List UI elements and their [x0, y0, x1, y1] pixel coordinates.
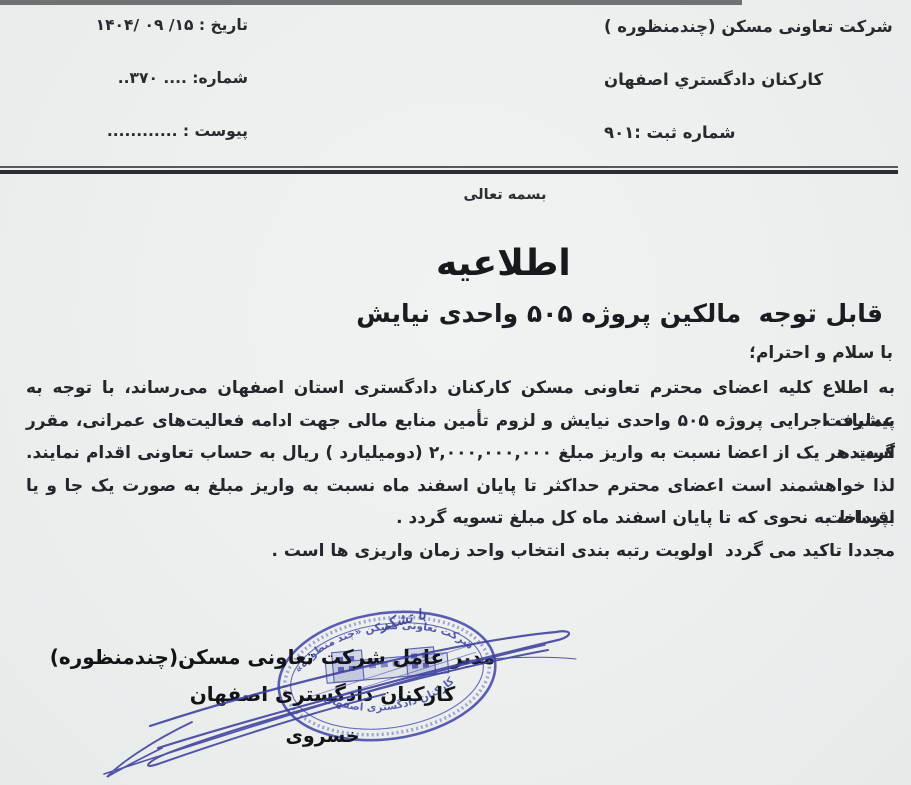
notice-subtitle: قابل توجه مالکین پروژه ۵۰۵ واحدی نیایش [356, 299, 883, 328]
header-divider-rule [0, 166, 898, 176]
company-subname: کارکنان دادگستري اصفهان [604, 63, 904, 116]
salutation-text: با سلام و احترام؛ [749, 343, 893, 363]
letter-number: شماره: .... ۳۷۰.. [58, 61, 248, 114]
letterhead-company-block: شرکت تعاونی مسکن (چندمنظوره ) کارکنان دا… [604, 10, 904, 169]
company-registration-number: شماره ثبت :۹۰۱ [604, 116, 904, 169]
handwritten-thanks-note: با تشکر [377, 607, 429, 634]
body-line: عملیات اجرایی پروژه ۵۰۵ واحدی نیایش و لز… [26, 405, 895, 438]
body-line: به اطلاع کلیه اعضای محترم تعاونی مسکن کا… [26, 372, 895, 405]
notice-body: به اطلاع کلیه اعضای محترم تعاونی مسکن کا… [26, 372, 895, 568]
letter-attachment: پیوست : ............ [58, 114, 248, 167]
scan-edge-artifact [0, 0, 742, 5]
signatory-role-line1: مدیر عامل شرکت تعاونی مسکن(چندمنظوره) [150, 645, 495, 669]
signatory-role-line2: کارکنان دادگستری اصفهان [150, 682, 495, 706]
letterhead-meta-block: تاریخ : ۱۵/ ۰۹ /۱۴۰۴ شماره: .... ۳۷۰.. پ… [58, 8, 248, 167]
notice-title: اطلاعیه [436, 243, 571, 284]
company-name: شرکت تعاونی مسکن (چندمنظوره ) [604, 10, 904, 63]
body-line: است هر یک از اعضا نسبت به واریز مبلغ ۲,۰… [26, 437, 895, 470]
body-line: اقساط به نحوی که تا پایان اسفند ماه کل م… [26, 502, 895, 535]
body-line-emphasis: مجددا تاکید می گردد اولویت رتبه بندی انت… [26, 535, 895, 568]
letter-date: تاریخ : ۱۵/ ۰۹ /۱۴۰۴ [58, 8, 248, 61]
scanned-letter-page: شرکت تعاونی مسکن (چندمنظوره ) کارکنان دا… [0, 0, 911, 785]
besmellah-text: بسمه تعالی [420, 187, 590, 203]
signature-block: مدیر عامل شرکت تعاونی مسکن(چندمنظوره) کا… [150, 645, 495, 747]
body-line: لذا خواهشمند است اعضای محترم حداکثر تا پ… [26, 470, 895, 503]
signatory-name: خسروی [150, 725, 495, 747]
